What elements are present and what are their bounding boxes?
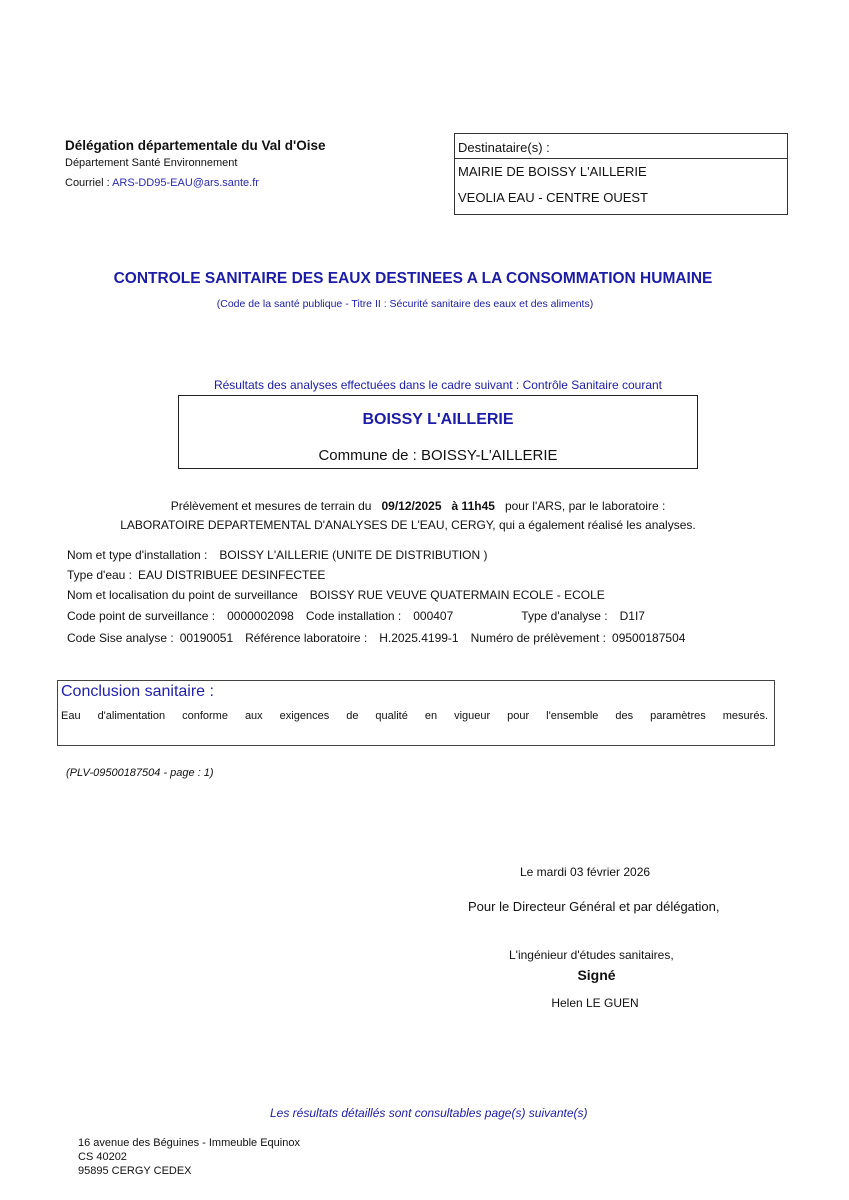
sample-number-value: 09500187504: [612, 631, 685, 645]
address-line: 16 avenue des Béguines - Immeuble Equino…: [78, 1137, 300, 1149]
sampling-line: Prélèvement et mesures de terrain du 09/…: [0, 499, 836, 513]
lab-ref-value: H.2025.4199-1: [379, 631, 458, 645]
commune-name: Commune de : BOISSY-L'AILLERIE: [179, 447, 697, 464]
detailed-results-note: Les résultats détaillés sont consultable…: [270, 1106, 588, 1120]
document-title: CONTROLE SANITAIRE DES EAUX DESTINEES A …: [0, 270, 826, 288]
recipient-item: VEOLIA EAU - CENTRE OUEST: [455, 185, 787, 211]
site-name: BOISSY L'AILLERIE: [179, 411, 697, 429]
email-label: Courriel :: [65, 177, 112, 189]
sender-email-line: Courriel : ARS-DD95-EAU@ars.sante.fr: [65, 177, 259, 189]
installation-label: Nom et type d'installation :: [67, 548, 207, 562]
water-type-label: Type d'eau :: [67, 568, 132, 582]
surveillance-point-label: Nom et localisation du point de surveill…: [67, 588, 298, 602]
signature-role: L'ingénieur d'études sanitaires,: [509, 948, 674, 962]
references-row: Code Sise analyse :00190051Référence lab…: [67, 631, 685, 645]
sampling-time: à 11h45: [452, 499, 495, 513]
address-line: 95895 CERGY CEDEX: [78, 1165, 192, 1177]
recipients-box: Destinataire(s) : MAIRIE DE BOISSY L'AIL…: [454, 133, 788, 215]
sise-code-label: Code Sise analyse :: [67, 631, 174, 645]
page-reference: (PLV-09500187504 - page : 1): [66, 767, 214, 779]
sender-organization: Délégation départementale du Val d'Oise: [65, 138, 326, 153]
lab-ref-label: Référence laboratoire :: [245, 631, 367, 645]
recipient-item: MAIRIE DE BOISSY L'AILLERIE: [455, 159, 787, 185]
installation-code-value: 000407: [413, 609, 453, 623]
point-code-label: Code point de surveillance :: [67, 609, 215, 623]
signature-signed: Signé: [0, 967, 849, 983]
water-type-row: Type d'eau :EAU DISTRIBUEE DESINFECTEE: [67, 568, 325, 582]
email-link[interactable]: ARS-DD95-EAU@ars.sante.fr: [112, 177, 259, 189]
sampling-prefix: Prélèvement et mesures de terrain du: [171, 499, 372, 513]
sample-number-label: Numéro de prélèvement :: [471, 631, 606, 645]
recipients-label: Destinataire(s) :: [455, 134, 787, 159]
document-subtitle: (Code de la santé publique - Titre II : …: [0, 298, 810, 310]
sampling-suffix: pour l'ARS, par le laboratoire :: [505, 499, 665, 513]
point-code-value: 0000002098: [227, 609, 294, 623]
conclusion-title: Conclusion sanitaire :: [61, 683, 214, 701]
analysis-type-label: Type d'analyse :: [521, 609, 607, 623]
conclusion-text: Eau d'alimentation conforme aux exigence…: [61, 710, 768, 722]
commune-box: BOISSY L'AILLERIE Commune de : BOISSY-L'…: [178, 395, 698, 469]
sender-department: Département Santé Environnement: [65, 157, 237, 169]
installation-value: BOISSY L'AILLERIE (UNITE DE DISTRIBUTION…: [219, 548, 487, 562]
codes-row: Code point de surveillance :0000002098Co…: [67, 609, 645, 623]
signature-date: Le mardi 03 février 2026: [520, 865, 650, 879]
installation-code-label: Code installation :: [306, 609, 401, 623]
surveillance-point-row: Nom et localisation du point de surveill…: [67, 588, 605, 602]
installation-row: Nom et type d'installation :BOISSY L'AIL…: [67, 548, 488, 562]
address-line: CS 40202: [78, 1151, 127, 1163]
analysis-type-value: D1I7: [620, 609, 645, 623]
surveillance-point-value: BOISSY RUE VEUVE QUATERMAIN ECOLE - ECOL…: [310, 588, 605, 602]
water-type-value: EAU DISTRIBUEE DESINFECTEE: [138, 568, 325, 582]
sampling-date: 09/12/2025: [381, 499, 441, 513]
laboratory-line: LABORATOIRE DEPARTEMENTAL D'ANALYSES DE …: [0, 518, 816, 532]
conclusion-box: Conclusion sanitaire : Eau d'alimentatio…: [57, 680, 775, 746]
signer-name: Helen LE GUEN: [0, 996, 849, 1010]
sise-code-value: 00190051: [180, 631, 233, 645]
signature-on-behalf: Pour le Directeur Général et par délégat…: [468, 899, 719, 914]
analysis-context: Résultats des analyses effectuées dans l…: [0, 378, 849, 392]
